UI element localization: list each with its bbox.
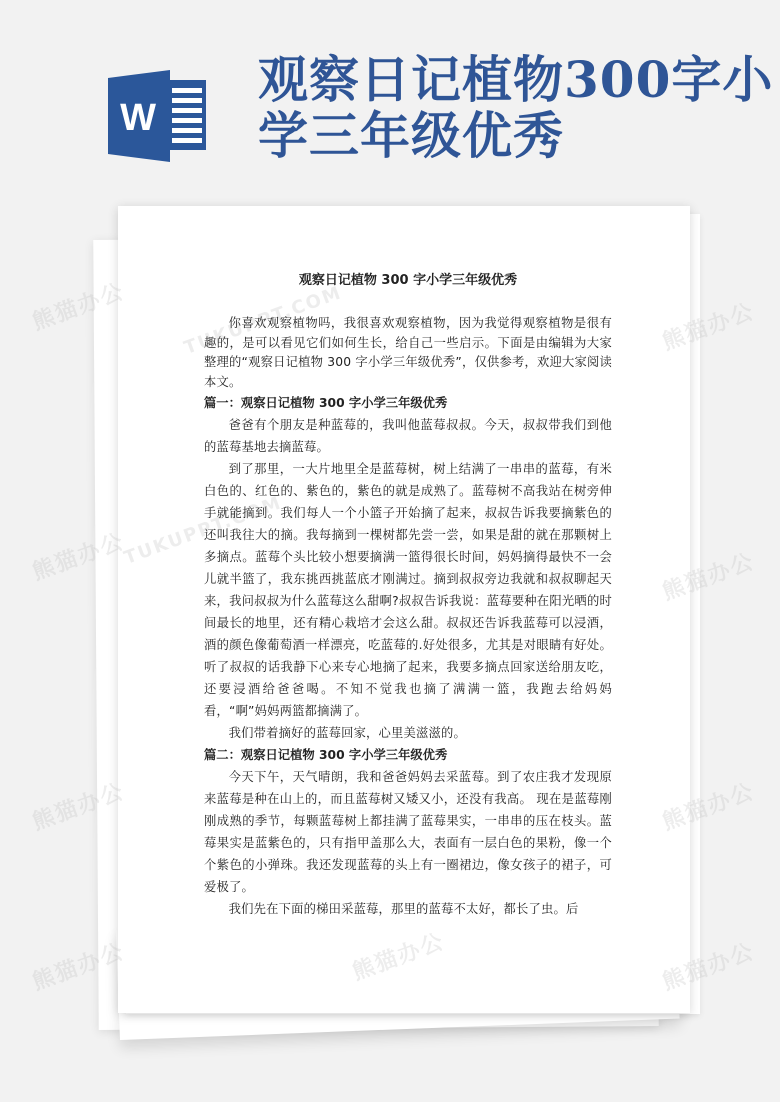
section-2-paragraph-2: 我们先在下面的梯田采蓝莓，那里的蓝莓不太好，都长了虫。后 bbox=[204, 898, 612, 920]
banner-title: 观察日记植物300字小学三年级优秀 bbox=[258, 52, 778, 164]
section-1-paragraph-3: 我们带着摘好的蓝莓回家，心里美滋滋的。 bbox=[204, 722, 612, 744]
document-title: 观察日记植物 300 字小学三年级优秀 bbox=[204, 270, 612, 292]
intro-paragraph: 你喜欢观察植物吗，我很喜欢观察植物，因为我觉得观察植物是很有趣的，是可以看见它们… bbox=[204, 314, 612, 392]
section-1-paragraph-2: 到了那里，一大片地里全是蓝莓树，树上结满了一串串的蓝莓，有米白色的、红色的、紫色… bbox=[204, 458, 612, 722]
section-heading-1: 篇一：观察日记植物 300 字小学三年级优秀 bbox=[204, 392, 612, 414]
section-1-paragraph-1: 爸爸有个朋友是种蓝莓的，我叫他蓝莓叔叔。今天，叔叔带我们到他的蓝莓基地去摘蓝莓。 bbox=[204, 414, 612, 458]
document-body: 观察日记植物 300 字小学三年级优秀 你喜欢观察植物吗，我很喜欢观察植物，因为… bbox=[204, 270, 612, 920]
svg-text:W: W bbox=[120, 97, 156, 139]
word-document-icon: W bbox=[108, 70, 208, 162]
section-heading-2: 篇二：观察日记植物 300 字小学三年级优秀 bbox=[204, 744, 612, 766]
section-2-paragraph-1: 今天下午，天气晴朗，我和爸爸妈妈去采蓝莓。到了农庄我才发现原来蓝莓是种在山上的，… bbox=[204, 766, 612, 898]
